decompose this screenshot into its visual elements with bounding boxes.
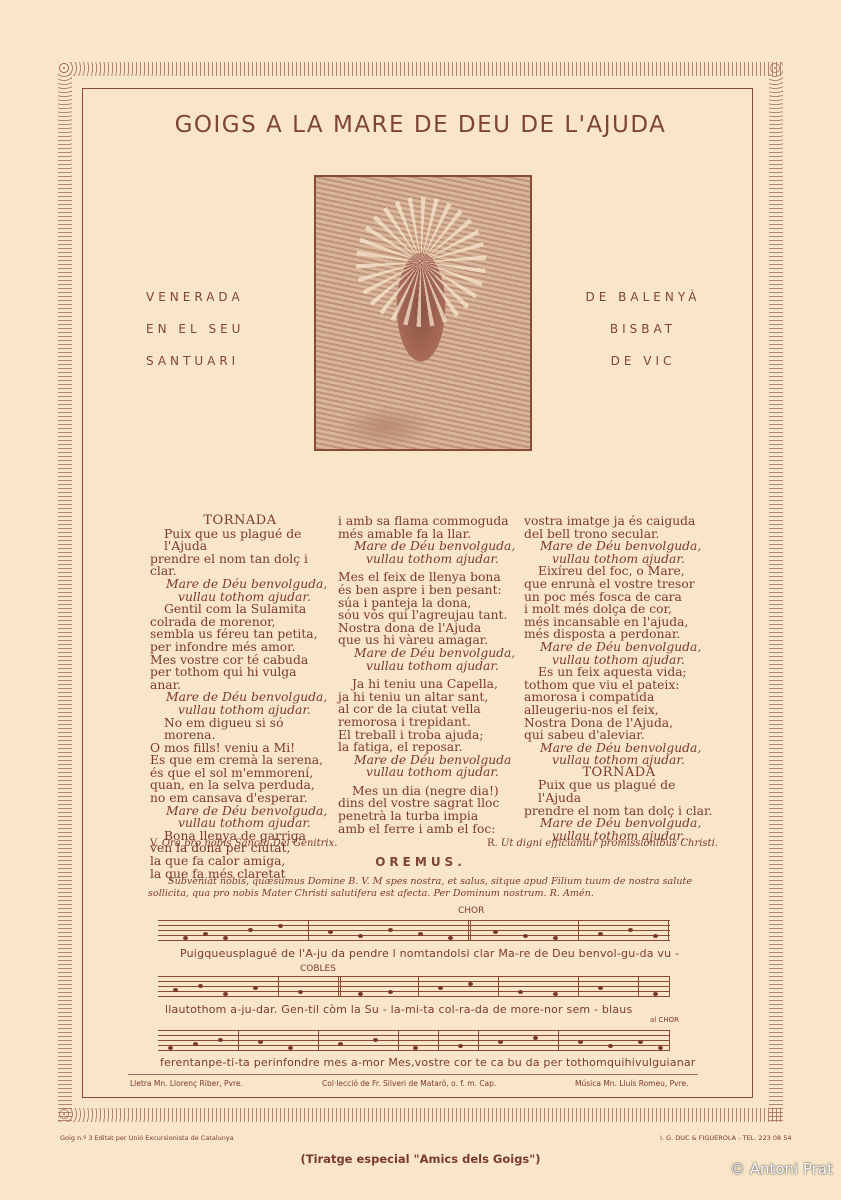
refrain-line: vullau tothom ajudar. (338, 553, 518, 566)
credit-music: Música Mn. Lluís Romeu, Pvre. (575, 1079, 689, 1088)
response-text: Ut digni efficiamur promissionibus Chris… (501, 838, 718, 849)
versicle-text: Ora pro nobis Sancta Dei Genitrix. (162, 838, 338, 849)
refrain-line: vullau tothom ajudar. (338, 766, 518, 779)
verse-column-1: TORNADA Puix que us plagué de l'Ajuda pr… (150, 515, 330, 880)
verse-column-2: i amb sa flama commoguda més amable fa l… (338, 515, 518, 835)
verse-line: la fatiga, el reposar. (338, 741, 518, 754)
verse-line: per tothom qui hi vulga anar. (150, 666, 330, 691)
credit-collection: Col·lecció de Fr. Silveri de Mataró, o. … (322, 1079, 496, 1088)
side-right-line: DE VIC (583, 354, 703, 386)
refrain-line: Mare de Déu benvolguda, (524, 641, 714, 654)
verse-line: prendre el nom tan dolç i clar. (150, 553, 330, 578)
side-right-line: BISBAT (583, 322, 703, 354)
verse-line: és ben aspre i ben pesant: (338, 584, 518, 597)
verse-line: Ja hi teniu una Capella, (338, 678, 518, 691)
versicle-label: V. (150, 838, 159, 849)
verse-line: qui sabeu d'aleviar. (524, 729, 714, 742)
oremus-heading: OREMUS. (0, 855, 841, 869)
side-left-line: EN EL SEU (146, 322, 244, 354)
verse-line: que enrunà el vostre tresor (524, 578, 714, 591)
footer-publisher: Goig n.º 3 Editat per Unió Excursionista… (60, 1134, 234, 1142)
verse-column-3: vostra imatge ja és caiguda del bell tro… (524, 515, 714, 842)
music-staff-3 (158, 1030, 670, 1052)
music-staff-1 (158, 920, 670, 942)
versicle: V. Ora pro nobis Sancta Dei Genitrix. (150, 838, 337, 849)
side-left-line: VENERADA (146, 290, 244, 322)
verse-line: no em cansava d'esperar. (150, 792, 330, 805)
page-title: GOIGS A LA MARE DE DEU DE L'AJUDA (0, 112, 841, 138)
verse-line: amb el ferre i amb el foc: (338, 823, 518, 836)
glory-rays (356, 197, 486, 327)
refrain-line: vullau tothom ajudar. (150, 817, 330, 830)
refrain-line: Mare de Déu benvolguda, (524, 540, 714, 553)
refrain-line: Mare de Déu benvolguda, (338, 647, 518, 660)
music-lyric-line-3: ferentanpe-ti-ta perinfondre mes a-mor M… (160, 1056, 696, 1069)
side-left-line: SANTUARI (146, 354, 244, 386)
ornamental-border-bottom (58, 1108, 783, 1122)
virgin-engraving-image (314, 175, 532, 451)
refrain-line: vullau tothom ajudar. (338, 660, 518, 673)
al-chor-label: al CHOR (650, 1016, 679, 1024)
side-text-left: VENERADA EN EL SEU SANTUARI (146, 290, 244, 386)
ornamental-border-left (58, 62, 72, 1122)
oremus-prayer: Subveniat nobis, quæsumus Domine B. V. M… (148, 876, 708, 900)
ornamental-border-right (769, 62, 783, 1122)
tornada-heading: TORNADA (150, 515, 330, 528)
verse-line: sóu vós qui l'agreujau tant. (338, 609, 518, 622)
verse-line: Puix que us plagué de l'Ajuda (150, 528, 330, 553)
verse-line: Es que em cremà la serena, (150, 754, 330, 767)
special-edition-note: (Tiratge especial "Amics dels Goigs") (0, 1152, 841, 1166)
side-text-right: DE BALENYÀ BISBAT DE VIC (583, 290, 703, 386)
verse-line: Es un feix aquesta vida; (524, 666, 714, 679)
cobles-label: COBLES (300, 964, 336, 974)
refrain-line: Mare de Déu benvolguda, (524, 817, 714, 830)
music-staff-2 (158, 976, 670, 998)
credit-lyrics: Lletra Mn. Llorenç Riber, Pvre. (130, 1079, 243, 1088)
verse-line: per infondre més amor. (150, 641, 330, 654)
verse-line: remorosa i trepidant. (338, 716, 518, 729)
music-lyric-line-1: Puigqueusplagué de l'A-ju da pendre l no… (180, 947, 679, 960)
verse-line: i molt més dolça de cor, (524, 603, 714, 616)
refrain-line: vullau tothom ajudar. (150, 704, 330, 717)
refrain-line: Mare de Déu benvolguda, (338, 540, 518, 553)
credits-divider (128, 1074, 698, 1075)
chor-label: CHOR (458, 906, 484, 916)
verse-line: alleugeriu-nos el feix, (524, 704, 714, 717)
response-label: R. (487, 838, 498, 849)
footer-printer: I. G. DUC & FIGUEROLA - TEL. 223 08 54 (660, 1134, 792, 1142)
verse-line: penetrà la turba impia (338, 810, 518, 823)
verse-line: Gentil com la Sulamita (150, 603, 330, 616)
refrain-line: Mare de Déu benvolguda, (150, 578, 330, 591)
ornamental-border-top (58, 62, 783, 76)
response: R. Ut digni efficiamur promissionibus Ch… (487, 838, 718, 849)
verse-line: vostra imatge ja és caiguda (524, 515, 714, 528)
music-lyric-line-2: llautothom a-ju-dar. Gen-til còm la Su -… (165, 1003, 632, 1016)
verse-line: No em digueu si só morena. (150, 717, 330, 742)
side-right-line: DE BALENYÀ (583, 290, 703, 322)
copyright-watermark: © Antoni Prat (730, 1160, 833, 1178)
verse-line: Puix que us plagué de l'Ajuda (524, 779, 714, 804)
verse-line: i amb sa flama commoguda (338, 515, 518, 528)
